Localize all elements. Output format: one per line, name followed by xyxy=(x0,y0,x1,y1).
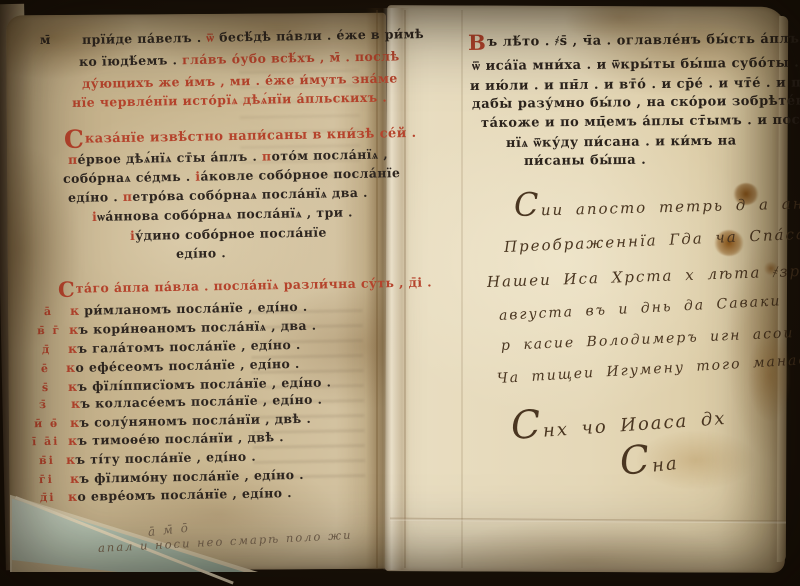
margin-numeral: е̄ xyxy=(41,362,50,375)
intro-line: ду́ющихъ же и́мъ , ми . е́же и́мутъ зна́… xyxy=(82,70,398,91)
margin-zachalo-mark: м̄ xyxy=(40,33,50,47)
book-photograph: м̄ прїи́де па́велъ . ѿ бесѣ́дѣ па́вли . … xyxy=(0,0,800,586)
owner-scribble: апал и носи нео смарѣ поло жи xyxy=(98,528,353,555)
colophon-line-text: ъ лѣ́то . ҂ѕ̄ , ч̄а . оглавле́нъ бы́сть … xyxy=(487,32,799,50)
intro-line: ко їюдѣ́емъ . гла́въ о́убо всѣ́хъ , м̄ .… xyxy=(79,48,400,69)
pauline-entry: къ фїлимо́ну посла́нїе , еді́но . xyxy=(70,467,304,486)
contents-line: іу́дино собо́рное посла́нїе xyxy=(130,225,327,243)
inscription-line: Сии апосто тетрь д а ановъ оби xyxy=(514,176,800,224)
pauline-entry: къ тимоѳе́ю посла́нїи , двѣ . xyxy=(68,429,284,448)
margin-numeral: ӣ ѳ̄ xyxy=(34,417,59,430)
pauline-entry: къ фїлі́пписїомъ посла́нїе , еді́но . xyxy=(68,374,332,394)
margin-numeral: д̄і xyxy=(40,491,56,504)
inscription-line: р касие Володимеръ игн асои xyxy=(501,325,795,354)
pauline-entry: къ кори́нѳаномъ посла́нїѧ , два . xyxy=(69,318,317,338)
colophon-line: пи́саны бы́ша . xyxy=(524,153,646,169)
contents-heading-text: каза́нїе извѣ́стно напи́саны в кни́зѣ се… xyxy=(85,126,417,147)
ornate-initial: С xyxy=(64,125,84,154)
margin-numeral: в̄ г̄ xyxy=(37,324,61,337)
pauline-heading: Ста́го а́пла па́вла . посла́нїѧ разли́чн… xyxy=(58,271,432,297)
inscription-line: Ча тищеи Игумену того манастыря xyxy=(497,349,800,387)
pauline-entry: къ колласе́емъ посла́нїе , еді́но . xyxy=(71,392,323,411)
margin-numeral: г̄і xyxy=(39,473,54,486)
pauline-entry: къ ті́ту посла́нїе , еді́но . xyxy=(66,449,256,467)
colophon-line: Въ лѣ́то . ҂ѕ̄ , ч̄а . оглавле́нъ бы́сть… xyxy=(468,31,800,50)
ornate-initial: С xyxy=(58,277,75,302)
margin-numeral: з̄ xyxy=(39,398,48,411)
contents-line: еді́но . xyxy=(176,245,226,261)
contents-line: іѡа́ннова собо́рнаѧ посла́нїѧ , три . xyxy=(92,204,353,225)
text-layer: м̄ прїи́де па́велъ . ѿ бесѣ́дѣ па́вли . … xyxy=(0,0,800,586)
margin-numeral: а̄ xyxy=(44,305,53,318)
margin-numeral: в̄і xyxy=(39,454,55,467)
colophon-line: нїѧ ѿку́ду пи́сана . и ки́мъ на xyxy=(506,133,737,151)
pauline-heading-text: та́го а́пла па́вла . посла́нїѧ разли́чна… xyxy=(76,274,432,295)
inscription-line: Нашеи Иса Хрста х лѣта ҂зрзі xyxy=(487,261,800,292)
colophon-line: ѿ иса́їа мни́ха . и ѿкры́ты бы́ша субо́т… xyxy=(472,55,799,74)
intro-line: прїи́де па́велъ . ѿ бесѣ́дѣ па́вли . е́ж… xyxy=(82,26,424,48)
pauline-entry: ко ефе́сеомъ посла́нїе , еді́но . xyxy=(66,356,300,375)
contents-line: пе́рвое дѣѧ́нїѧ ст̄ы а́плъ . пото́м посл… xyxy=(68,146,388,168)
contents-heading: Сказа́нїе извѣ́стно напи́саны в кни́зѣ с… xyxy=(64,122,417,147)
colophon-line: та́коже и по мц̄емъ а́плы ст̄ымъ . и пос… xyxy=(481,112,800,131)
colophon-line: дабы̀ разу́мно бы́ло , на ско́рои зобрѣт… xyxy=(472,93,800,112)
inscription-line: Сна xyxy=(618,434,681,485)
pauline-entry: ко евре́омъ посла́нїе , еді́но . xyxy=(68,485,292,504)
contents-line: собо́рнаѧ се́дмь . іа́ковле собо́рное по… xyxy=(63,165,401,187)
margin-numeral: і̄ а̄і xyxy=(32,435,60,448)
pauline-entry: къ гала́томъ посла́нїе , еді́но . xyxy=(68,337,301,356)
colophon-line: и ию́ли . и пн̄л . и вт̄о́ . и ср̄е́ . и… xyxy=(470,74,800,94)
inscription-line: Преображеннїа Гда ча Спа́са xyxy=(504,225,800,256)
intro-line: нїе червле́нїи исто́рїѧ дѣѧ́нїи а́пльски… xyxy=(72,90,387,111)
margin-numeral: ѕ̄ xyxy=(42,381,50,394)
margin-numeral: д̄ xyxy=(42,343,52,356)
pauline-entry: к ри́мланомъ посла́нїе , еді́но . xyxy=(70,299,308,318)
ornate-initial: В xyxy=(468,30,487,55)
contents-line: еді́но . петро́ва собо́рнаѧ посла́нїѧ дв… xyxy=(68,185,368,206)
inscription-line: августа въ и днь да Саваки xyxy=(499,293,782,324)
pauline-entry: къ солу́няномъ посла́нїи , двѣ . xyxy=(70,411,311,430)
